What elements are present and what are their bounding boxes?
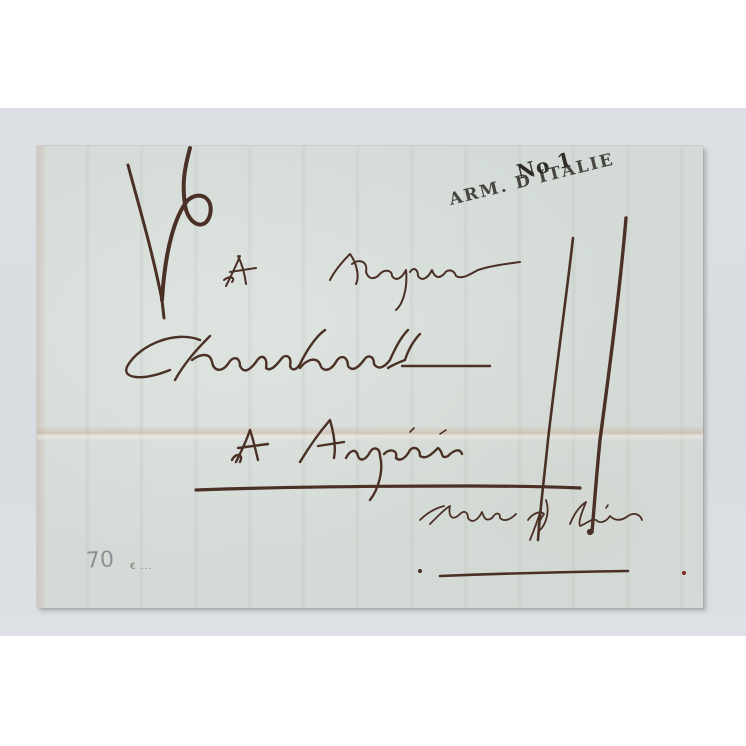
pencil-price-suffix: € ... (130, 562, 152, 572)
handwriting-ink (0, 0, 746, 746)
address-line-1: A Monsieur (230, 260, 236, 261)
address-line-3: A Angers (232, 440, 237, 441)
double-stroke-mark: || (580, 380, 581, 381)
address-line-2: Chambault (130, 340, 136, 341)
pencil-price-note: 70 (85, 547, 114, 573)
rate-mark: 6 (150, 220, 151, 221)
address-line-4: Maine & Loire (420, 510, 427, 511)
